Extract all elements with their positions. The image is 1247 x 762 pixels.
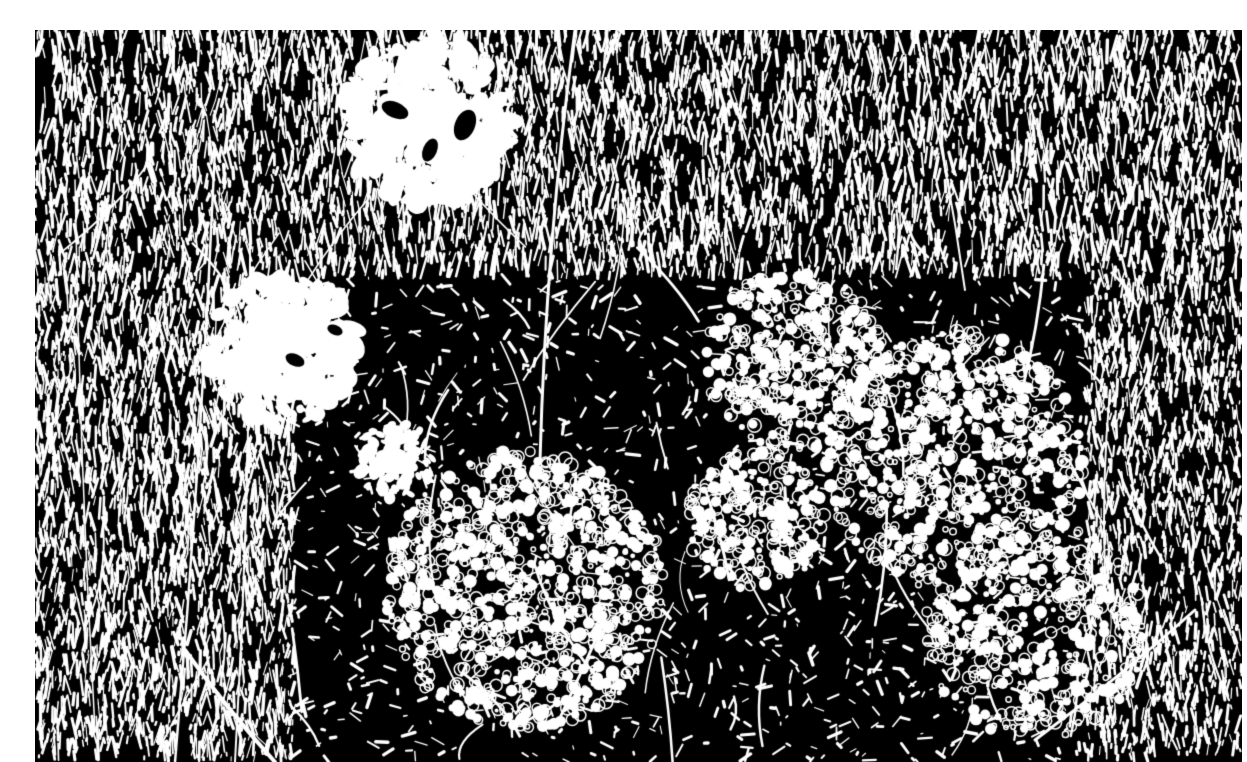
photo: High-contrast black and white (threshold…: [35, 30, 1242, 762]
grass-photo-canvas: [35, 30, 1242, 762]
